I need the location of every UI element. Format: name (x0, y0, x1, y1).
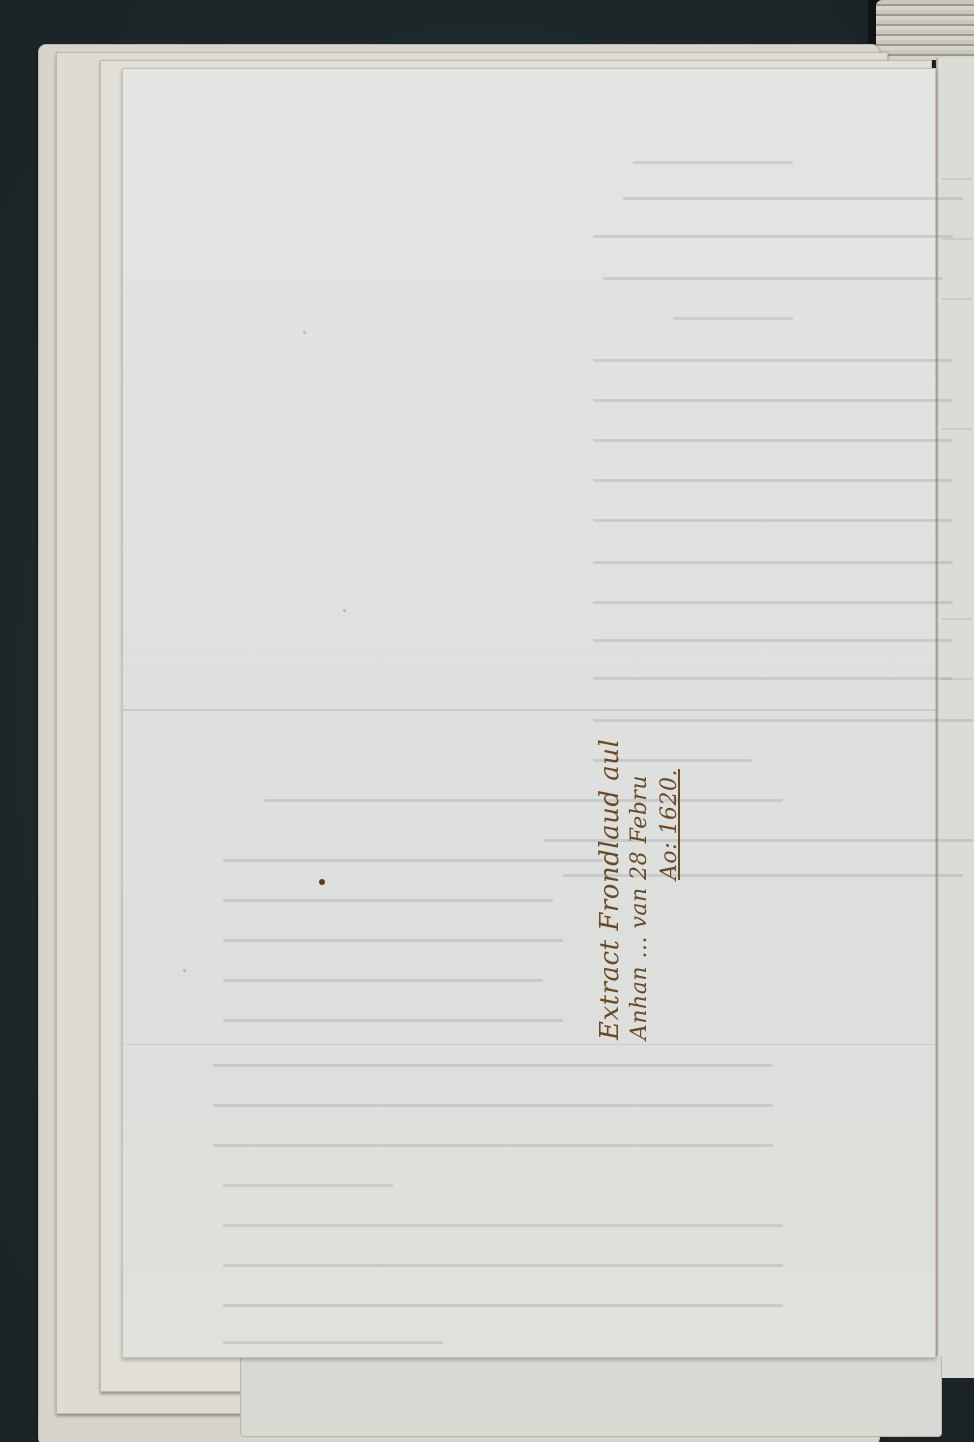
lower-sheet-edge (240, 1356, 942, 1437)
handwritten-annotation: Extract Frondlaud aul Anhan ... van 28 F… (560, 700, 720, 1040)
paper-spot (303, 331, 306, 334)
annotation-line-2: Anhan ... van 28 Febru (625, 700, 655, 1040)
facing-page-edge (936, 58, 974, 1378)
ink-spot (319, 879, 325, 885)
bleed-through-text (123, 69, 935, 1357)
paper-spot (343, 609, 346, 612)
right-page-stack-edges (876, 0, 974, 60)
paper-spot (183, 969, 186, 972)
manuscript-page (122, 68, 936, 1358)
annotation-line-1: Extract Frondlaud aul (595, 700, 625, 1040)
annotation-date: Ao: 1620. (655, 700, 685, 1040)
